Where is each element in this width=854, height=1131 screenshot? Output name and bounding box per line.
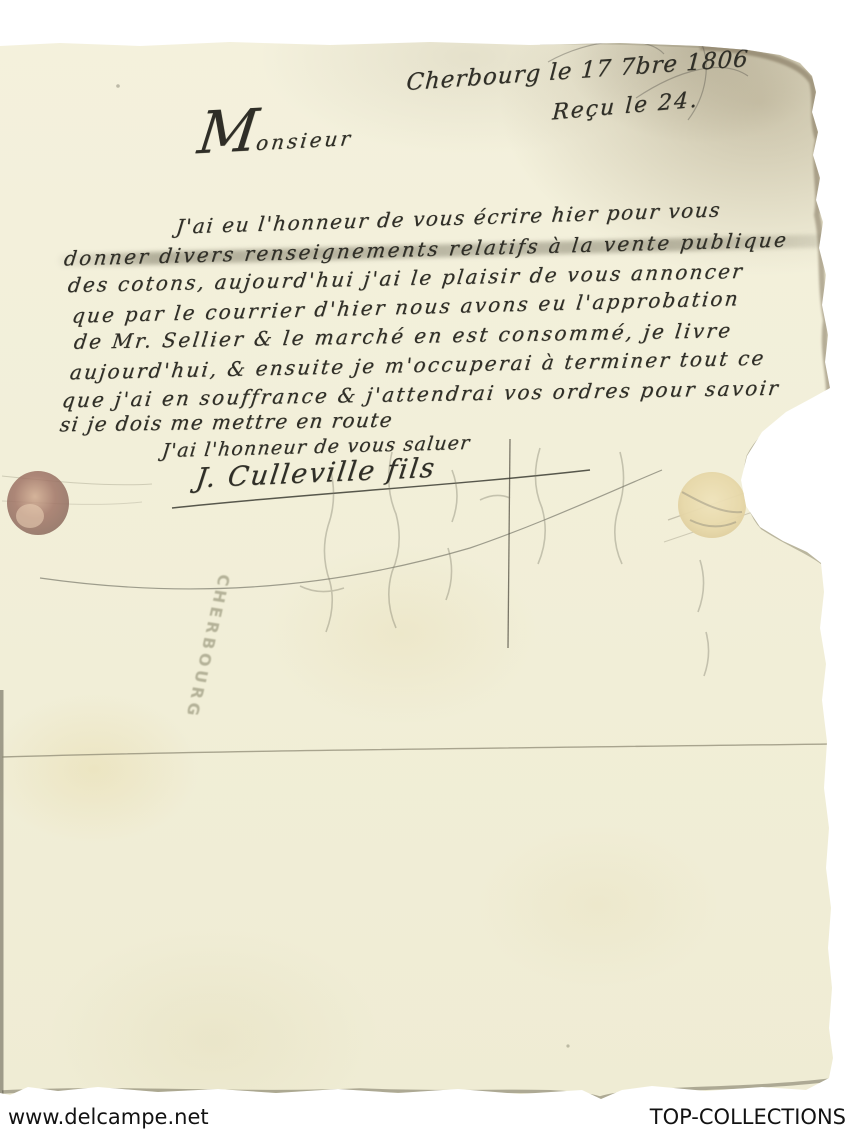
fold-line-horizontal xyxy=(2,744,828,757)
salutation: Monsieur xyxy=(196,108,357,159)
letter-paper: Cherbourg le 17 7bre 1806 Reçu le 24. Mo… xyxy=(0,0,854,1131)
crease-vertical xyxy=(508,439,510,648)
torn-edge-top xyxy=(540,43,700,47)
paper-decor xyxy=(0,0,854,1131)
signature-flourish-tail xyxy=(40,470,662,589)
torn-notch-edge xyxy=(745,392,829,563)
body-line-8: si je dois me mettre en route xyxy=(58,408,394,437)
watermark-bar: www.delcampe.net TOP-COLLECTIONS xyxy=(0,1103,854,1131)
watermark-right: TOP-COLLECTIONS xyxy=(650,1105,846,1129)
watermark-left: www.delcampe.net xyxy=(8,1105,209,1129)
left-edge-shadow xyxy=(0,690,4,1094)
scanned-letter: Cherbourg le 17 7bre 1806 Reçu le 24. Mo… xyxy=(0,0,854,1131)
wax-seal-right xyxy=(678,472,746,538)
bottom-edge-shadow xyxy=(2,1080,830,1098)
wax-seal-left-highlight xyxy=(16,504,44,528)
